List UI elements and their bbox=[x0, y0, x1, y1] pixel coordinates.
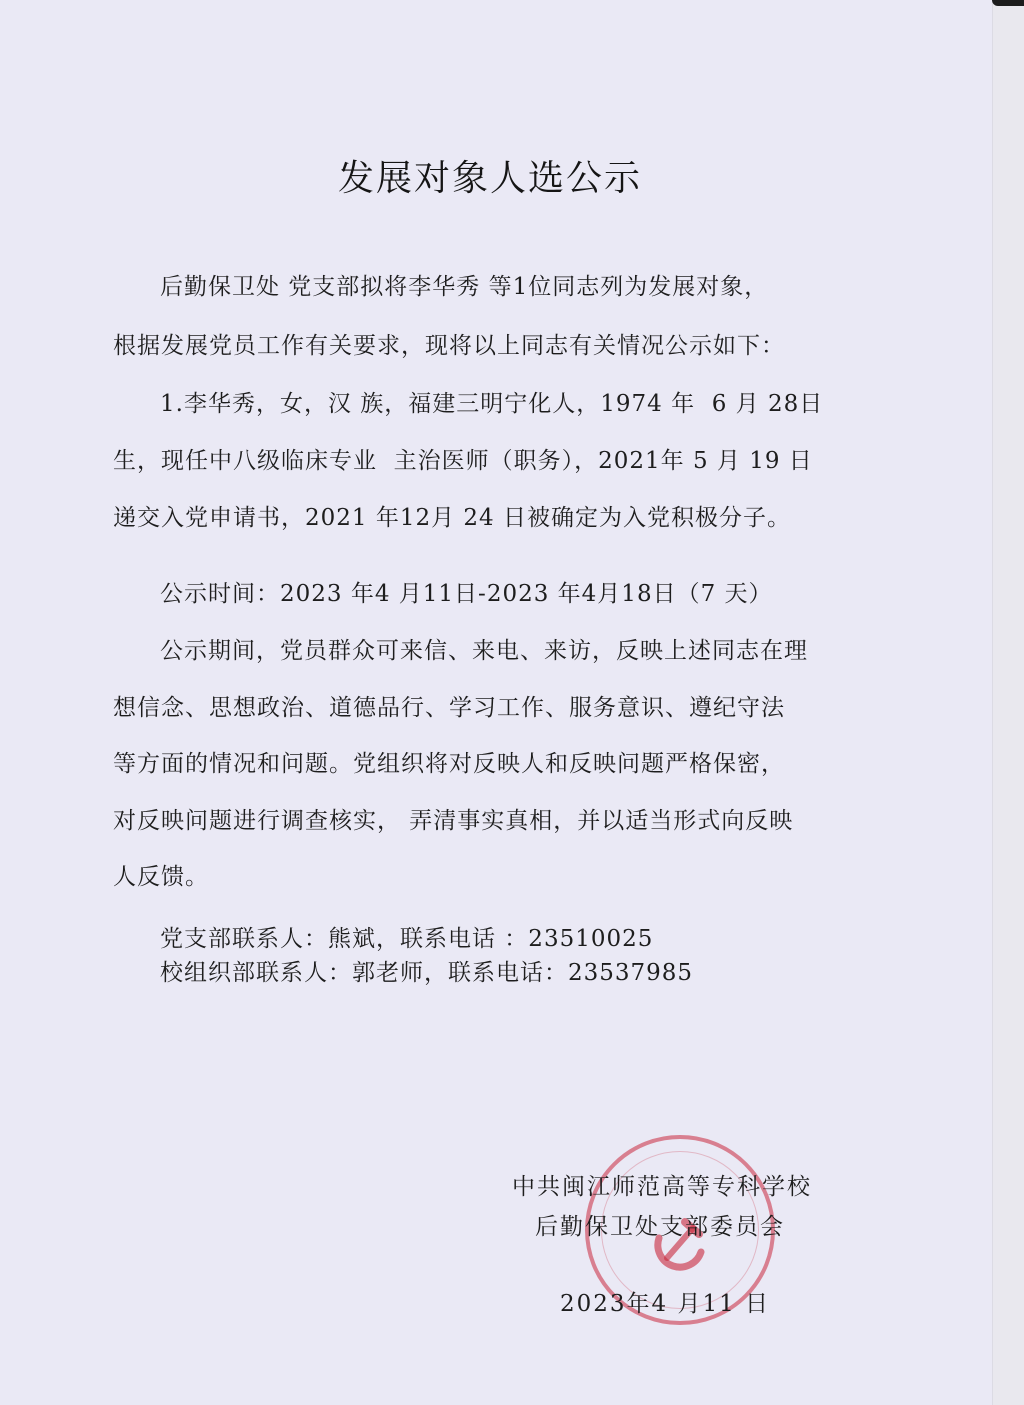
signature-org-line-1: 中共闽江师范高等专科学校 bbox=[512, 1168, 812, 1201]
document-page: 发展对象人选公示 后勤保卫处 党支部拟将李华秀 等1位同志列为发展对象， 根据发… bbox=[0, 0, 992, 1405]
feedback-line-3: 等方面的情况和问题。党组织将对反映人和反映问题严格保密， bbox=[113, 745, 785, 778]
candidate-line-2: 生，现任中八级临床专业 主治医师（职务），2021年 5 月 19 日 bbox=[113, 442, 813, 475]
candidate-line-1: 1.李华秀，女，汉 族，福建三明宁化人，1974 年 6 月 28日 bbox=[160, 385, 823, 418]
contact-branch: 党支部联系人：熊斌，联系电话 ：23510025 bbox=[160, 920, 653, 953]
signature-date: 2023年4 月11 日 bbox=[560, 1285, 770, 1318]
scanner-corner bbox=[992, 0, 1024, 6]
feedback-line-4: 对反映问题进行调查核实， 弄清事实真相，并以适当形式向反映 bbox=[113, 802, 793, 835]
contact-school: 校组织部联系人：郭老师，联系电话：23537985 bbox=[160, 954, 693, 987]
feedback-line-2: 想信念、思想政治、道德品行、学习工作、服务意识、遵纪守法 bbox=[113, 689, 785, 722]
candidate-line-3: 递交入党申请书，2021 年12月 24 日被确定为入党积极分子。 bbox=[113, 499, 791, 532]
signature-org-line-2: 后勤保卫处支部委员会 bbox=[535, 1208, 785, 1241]
intro-line-2: 根据发展党员工作有关要求，现将以上同志有关情况公示如下： bbox=[113, 327, 785, 360]
period-line: 公示时间：2023 年4 月11日-2023 年4月18日（7 天） bbox=[160, 575, 773, 608]
document-title: 发展对象人选公示 bbox=[0, 150, 980, 201]
intro-line-1: 后勤保卫处 党支部拟将李华秀 等1位同志列为发展对象， bbox=[160, 268, 768, 301]
scanner-page-edge bbox=[992, 0, 1024, 1405]
feedback-line-5: 人反馈。 bbox=[113, 858, 209, 891]
feedback-line-1: 公示期间，党员群众可来信、来电、来访，反映上述同志在理 bbox=[160, 632, 808, 665]
